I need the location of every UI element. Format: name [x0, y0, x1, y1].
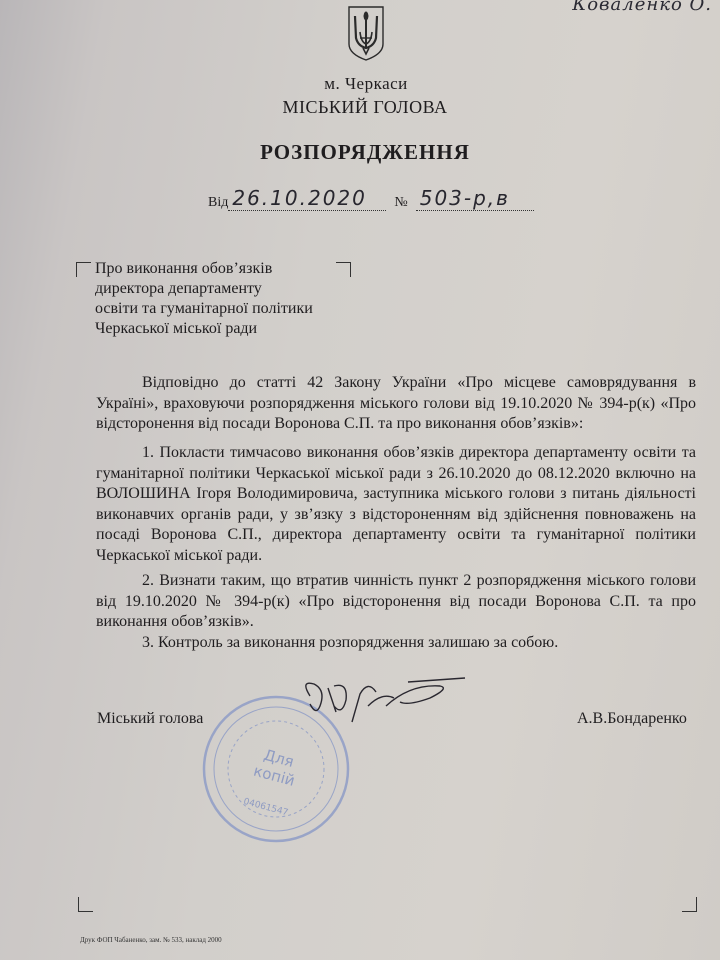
document-type: РОЗПОРЯДЖЕННЯ	[0, 140, 720, 165]
item-text: 1. Покласти тимчасово виконання обов’язк…	[96, 443, 696, 566]
signatory-position: Міський голова	[97, 710, 203, 728]
print-info: Друк ФОП Чабаненко, зам. № 533, наклад 2…	[80, 936, 222, 944]
item-text: 2. Визнати таким, що втратив чинність пу…	[96, 571, 696, 633]
subject-block: Про виконання обов’язків директора депар…	[95, 259, 313, 339]
preamble: Відповідно до статті 42 Закону України «…	[96, 373, 696, 435]
subject-line: Черкаської міської ради	[95, 319, 313, 339]
city-name: м. Черкаси	[0, 74, 720, 94]
date-number-line: Від 26.10.2020 № 503-р,в	[208, 186, 534, 211]
number-value: 503-р,в	[416, 186, 534, 211]
date-value: 26.10.2020	[228, 186, 386, 211]
preamble-text: Відповідно до статті 42 Закону України «…	[96, 373, 696, 435]
item-2: 2. Визнати таким, що втратив чинність пу…	[96, 571, 696, 633]
document-page: Коваленко О. м. Черкаси МІСЬКИЙ ГОЛОВА Р…	[0, 0, 720, 960]
subject-line: Про виконання обов’язків	[95, 259, 313, 279]
authority-title: МІСЬКИЙ ГОЛОВА	[0, 97, 720, 118]
handwritten-note: Коваленко О.	[572, 0, 712, 15]
item-1: 1. Покласти тимчасово виконання обов’язк…	[96, 443, 696, 566]
stamp-code: 04061547	[242, 797, 289, 819]
date-label: Від	[208, 195, 228, 211]
corner-mark-top-left	[76, 262, 91, 277]
subject-line: директора департаменту	[95, 279, 313, 299]
subject-line: освіти та гуманітарної політики	[95, 299, 313, 319]
trident-coat-of-arms-icon	[346, 4, 386, 62]
corner-mark-bottom-left	[78, 897, 93, 912]
corner-mark-bottom-right	[682, 897, 697, 912]
signatory-name: А.В.Бондаренко	[577, 710, 687, 728]
number-label: №	[394, 195, 407, 211]
item-3: 3. Контроль за виконання розпорядження з…	[96, 633, 696, 654]
handwritten-signature	[290, 676, 470, 738]
item-text: 3. Контроль за виконання розпорядження з…	[96, 633, 696, 654]
corner-mark-top-right	[336, 262, 351, 277]
